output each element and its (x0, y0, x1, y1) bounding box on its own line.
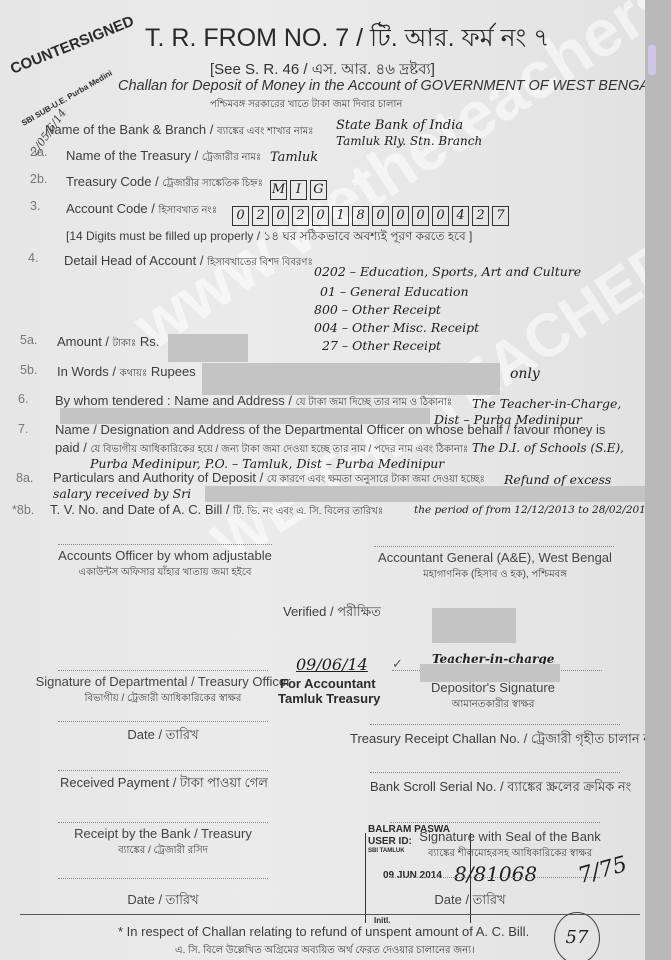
bank-stamp-branch: SBI TAMLUK (368, 848, 405, 854)
code-digit-box: 0 (432, 206, 449, 226)
code-digit-box: G (310, 180, 327, 200)
in-words-suffix: only (510, 366, 540, 382)
field-number: 8a. (16, 471, 33, 485)
field-bank-branch-value: State Bank of India (336, 118, 463, 133)
signature-line (58, 878, 268, 879)
date-caption-left: Date / তারিখ (58, 891, 268, 912)
code-digit-box: 7 (492, 206, 509, 226)
code-digit-box: 1 (332, 206, 349, 226)
departmental-officer-value: The D.I. of Schools (S.E), (472, 441, 624, 455)
field-treasury-name-value: Tamluk (270, 150, 318, 165)
received-payment-caption: Received Payment / টাকা পাওয়া গেল (60, 774, 268, 795)
bank-stamp-user: USER ID: (368, 836, 412, 847)
form-title: T. R. FROM NO. 7 / টি. আর. ফর্ম নং ৭ (145, 18, 549, 61)
code-digit-box: I (290, 180, 307, 200)
field-account-code-label: Account Code / হিসাবখাত নংঃ (66, 201, 217, 220)
field-bank-branch-value-line2: Tamluk Rly. Stn. Branch (336, 134, 482, 148)
code-digit-box: 0 (312, 206, 329, 226)
particulars-redacted (205, 486, 645, 502)
receipt-bank-caption: Receipt by the Bank / Treasuryব্যাঙ্কের … (48, 826, 278, 860)
head-of-account-1: 01 – General Education (320, 284, 469, 299)
accountant-general-caption: Accountant General (A&E), West Bengalমহা… (360, 550, 630, 584)
bank-stamp-name: BALRAM PASWA (368, 824, 450, 835)
treasury-receipt-caption: Treasury Receipt Challan No. / ট্রেজারী … (350, 730, 645, 751)
stamp-office-line: SBI SUB-U.E. Purba Medini (20, 68, 114, 127)
field-treasury-code-label: Treasury Code / ট্রেজারীর সাঙ্কেতিক চিহ্… (66, 174, 263, 193)
code-digit-box: 0 (412, 206, 429, 226)
challan-subtitle-bengali: পশ্চিমবঙ্গ সরকারের খাতে টাকা জমা দিবার চ… (210, 97, 402, 114)
signature-line (58, 721, 268, 722)
challan-page: www.wetheteachers.in WE THE TEACHERS T. … (0, 0, 645, 960)
verified-redacted (432, 608, 516, 643)
head-of-account-4: 27 – Other Receipt (322, 338, 441, 353)
head-of-account-2: 800 – Other Receipt (314, 302, 441, 317)
field-departmental-officer-label: Name / Designation and Address of the De… (55, 422, 605, 437)
amount-redacted (168, 334, 248, 362)
signature-line (370, 724, 620, 725)
page-edge-shadow (645, 0, 671, 960)
bank-scroll-caption: Bank Scroll Serial No. / ব্যাঙ্কের স্ক্র… (370, 778, 631, 799)
signature-line (374, 546, 614, 547)
treasury-code-boxes: MIG (270, 180, 330, 200)
bank-stamp-date: 09 JUN 2014 (383, 870, 442, 881)
footnote-bengali: এ. সি. বিলে উল্লেখিত অগ্রিমের অব্যয়িত অ… (175, 943, 475, 960)
code-digit-box: 2 (252, 206, 269, 226)
tv-no-value: the period of from 12/12/2013 to 28/02/2… (414, 504, 645, 516)
field-head-of-account-label: Detail Head of Account / হিসাবখাতের বিশদ… (64, 253, 313, 272)
head-of-account-0: 0202 – Education, Sports, Art and Cultur… (314, 264, 581, 279)
code-digit-box: 0 (392, 206, 409, 226)
amount-words-redacted (202, 363, 500, 395)
field-number: 3. (30, 199, 40, 213)
code-digit-box: 4 (452, 206, 469, 226)
accounts-officer-caption: Accounts Officer by whom adjustableএকাউন… (40, 548, 290, 582)
signature-line (390, 822, 600, 823)
dept-officer-caption: Signature of Departmental / Treasury Off… (28, 674, 298, 708)
field-number: *8b. (12, 503, 34, 517)
tendered-by-value: The Teacher-in-Charge, (472, 396, 621, 411)
signature-line (58, 544, 272, 545)
code-digit-box: 0 (232, 206, 249, 226)
field-number: 5b. (20, 363, 37, 377)
signature-line (58, 822, 268, 823)
code-digit-box: 0 (272, 206, 289, 226)
code-digit-box: 0 (372, 206, 389, 226)
date-caption-right: Date / তারিখ (400, 891, 540, 912)
countersigned-stamp: COUNTERSIGNED (8, 13, 136, 78)
code-digit-box: 2 (292, 206, 309, 226)
field-bank-branch-label: Name of the Bank & Branch / ব্যাঙ্কের এব… (45, 122, 314, 141)
field-in-words-label: In Words / কথায়ঃ Rupees (57, 364, 196, 383)
account-code-boxes: 02020180000427 (232, 206, 512, 226)
field-number: 2a. (30, 145, 47, 159)
code-digit-box: 2 (472, 206, 489, 226)
footer-divider (20, 914, 640, 915)
signature-line (370, 772, 620, 773)
field-number: 2b. (30, 172, 47, 186)
field-number: 4. (28, 251, 38, 265)
signature-line (390, 877, 600, 878)
date-caption: Date / তারিখ (58, 726, 268, 747)
departmental-officer-value-line2: Purba Medinipur, P.O. – Tamluk, Dist – P… (90, 456, 444, 471)
code-digit-box: 8 (352, 206, 369, 226)
head-of-account-3: 004 – Other Misc. Receipt (314, 320, 479, 335)
verified-caption: Verified / পরীক্ষিত (283, 603, 381, 624)
account-code-note: [14 Digits must be filled up properly / … (66, 228, 472, 248)
field-number: 7. (18, 422, 28, 436)
depositor-caption: Depositor's Signatureআমানতকারীর স্বাক্ষর (418, 680, 568, 714)
field-number: 6. (18, 392, 28, 406)
code-digit-box: M (270, 180, 287, 200)
tamluk-treasury-stamp: Tamluk Treasury (278, 691, 380, 706)
scroll-number-handwritten: 8/81068 (454, 862, 537, 886)
footnote-english: * In respect of Challan relating to refu… (118, 924, 529, 939)
field-amount-label: Amount / টাকাঃ Rs. (57, 334, 159, 353)
particulars-value-line2: salary received by Sri (53, 486, 191, 501)
circled-number: 57 (554, 912, 600, 960)
for-accountant-stamp: For Accountant (280, 676, 376, 691)
field-number: 5a. (20, 333, 37, 347)
signature-line (58, 670, 268, 671)
particulars-value: Refund of excess (504, 472, 611, 487)
verify-date-handwritten: 09/06/14 (296, 655, 368, 674)
field-treasury-name-label: Name of the Treasury / ট্রেজারীর নামঃ (66, 148, 261, 167)
page-edge-mark (648, 45, 656, 75)
field-tv-no-label: T. V. No. and Date of A. C. Bill / টি. ভ… (50, 502, 383, 521)
signature-line (58, 770, 268, 771)
challan-subtitle: Challan for Deposit of Money in the Acco… (118, 78, 645, 94)
